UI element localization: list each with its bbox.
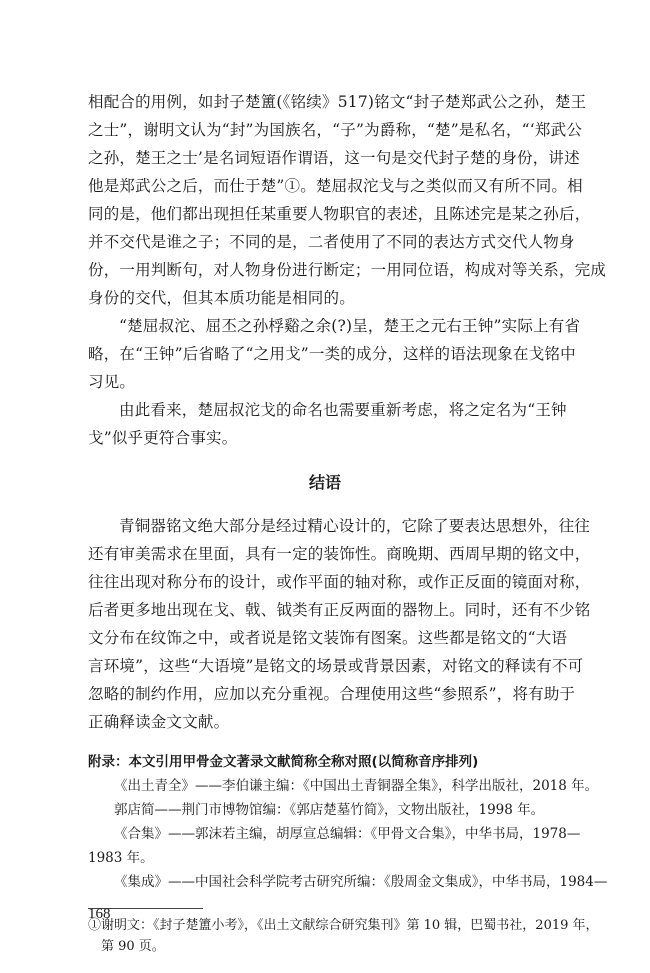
text-line: 之孙，楚王之士’是名词短语作谓语，这一句是交代封子楚的身份，讲述 <box>88 144 562 172</box>
text-line: “楚屈叔沱、屈丕之孙桴谿之余(?)呈，楚王之元右王钟”实际上有省 <box>88 312 562 340</box>
page-body: 相配合的用例，如封子楚簠(《铭续》517)铭文“封子楚郑武公之孙，楚王 之士”，… <box>88 88 562 957</box>
text-line: 同的是，他们都出现担任某重要人物职官的表述，且陈述完是某之孙后， <box>88 200 562 228</box>
appendix-entry-continuation: 1983 年。 <box>88 846 562 870</box>
conclusion-paragraph: 青铜器铭文绝大部分是经过精心设计的，它除了要表达思想外，往往 还有审美需求在里面… <box>88 512 562 736</box>
text-line: 身份的交代，但其本质功能是相同的。 <box>88 284 562 312</box>
paragraph-1: 相配合的用例，如封子楚簠(《铭续》517)铭文“封子楚郑武公之孙，楚王 之士”，… <box>88 88 562 312</box>
text-line: 份，一用判断句，对人物身份进行断定；一用同位语，构成对等关系，完成 <box>88 256 562 284</box>
appendix-entry: 《合集》——郭沫若主编，胡厚宣总编辑：《甲骨文合集》，中华书局，1978— <box>88 822 562 846</box>
text-line: 并不交代是谁之子；不同的是，二者使用了不同的表达方式交代人物身 <box>88 228 562 256</box>
text-line: 忽略的制约作用，应加以充分重视。合理使用这些“参照系”，将有助于 <box>88 680 562 708</box>
text-line: 言环境”，这些“大语境”是铭文的场景或背景因素，对铭文的释读有不可 <box>88 652 562 680</box>
page-number: 168 <box>88 906 111 923</box>
text-line: 往往出现对称分布的设计，或作平面的轴对称，或作正反面的镜面对称， <box>88 568 562 596</box>
text-line: 他是郑武公之后，而仕于楚”①。楚屈叔沱戈与之类似而又有所不同。相 <box>88 172 562 200</box>
paragraph-2: “楚屈叔沱、屈丕之孙桴谿之余(?)呈，楚王之元右王钟”实际上有省 略，在“王钟”… <box>88 312 562 396</box>
appendix-entry: 郭店简——荆门市博物馆编：《郭店楚墓竹简》，文物出版社，1998 年。 <box>88 798 562 822</box>
section-heading-conclusion: 结语 <box>88 472 562 494</box>
appendix-title: 附录：本文引用甲骨金文著录文献简称全称对照(以简称音序排列) <box>88 750 562 774</box>
text-line: 之士”，谢明文认为“封”为国族名，“子”为爵称，“楚”是私名，“‘郑武公 <box>88 116 562 144</box>
text-line: 习见。 <box>88 368 562 396</box>
footnotes: ①谢明文：《封子楚簠小考》，《出土文献综合研究集刊》第 10 辑，巴蜀书社，20… <box>88 915 562 957</box>
text-line: 戈”似乎更符合事实。 <box>88 424 562 452</box>
text-line: 文分布在纹饰之中，或者说是铭文装饰有图案。这些都是铭文的“大语 <box>88 624 562 652</box>
text-line: 略，在“王钟”后省略了“之用戈”一类的成分，这样的语法现象在戈铭中 <box>88 340 562 368</box>
footnote-1: ①谢明文：《封子楚簠小考》，《出土文献综合研究集刊》第 10 辑，巴蜀书社，20… <box>88 915 562 936</box>
text-line: 由此看来，楚屈叔沱戈的命名也需要重新考虑，将之定名为“王钟 <box>88 396 562 424</box>
text-line: 还有审美需求在里面，具有一定的装饰性。商晚期、西周早期的铭文中， <box>88 540 562 568</box>
text-line: 正确释读金文文献。 <box>88 708 562 736</box>
text-line: 相配合的用例，如封子楚簠(《铭续》517)铭文“封子楚郑武公之孙，楚王 <box>88 88 562 116</box>
paragraph-3: 由此看来，楚屈叔沱戈的命名也需要重新考虑，将之定名为“王钟 戈”似乎更符合事实。 <box>88 396 562 452</box>
appendix-entry: 《集成》——中国社会科学院考古研究所编：《殷周金文集成》，中华书局，1984— <box>88 870 562 894</box>
appendix-entry: 《出土青全》——李伯谦主编：《中国出土青铜器全集》，科学出版社，2018 年。 <box>88 774 562 798</box>
text-line: 后者更多地出现在戈、戟、钺类有正反两面的器物上。同时，还有不少铭 <box>88 596 562 624</box>
footnote-1-continuation: 第 90 页。 <box>88 936 562 957</box>
text-line: 青铜器铭文绝大部分是经过精心设计的，它除了要表达思想外，往往 <box>88 512 562 540</box>
appendix-list: 《出土青全》——李伯谦主编：《中国出土青铜器全集》，科学出版社，2018 年。 … <box>88 774 562 894</box>
